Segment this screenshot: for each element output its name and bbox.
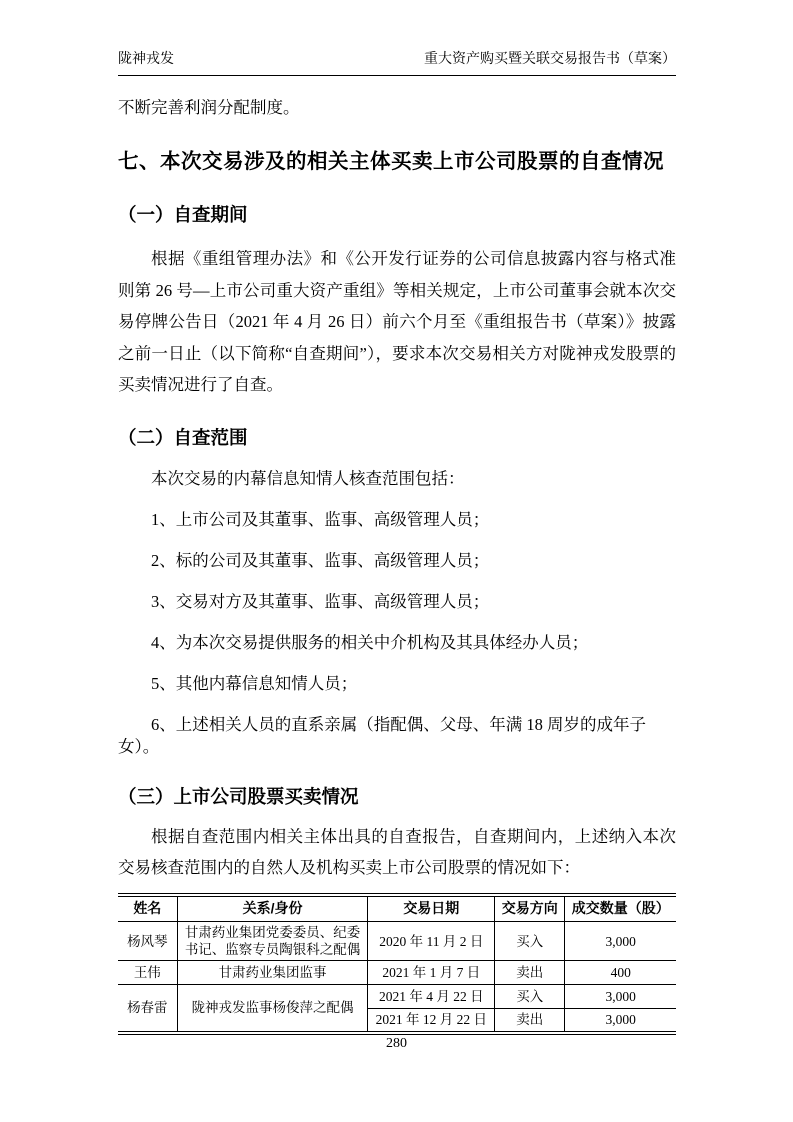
cell-name: 王伟: [118, 961, 177, 985]
cell-relation: 甘肃药业集团监事: [177, 961, 368, 985]
cell-direction: 买入: [495, 922, 565, 961]
col-header-volume: 成交数量（股）: [565, 895, 676, 922]
cell-relation: 甘肃药业集团党委委员、纪委书记、监察专员陶银科之配偶: [177, 922, 368, 961]
cell-direction: 卖出: [495, 1009, 565, 1033]
col-header-name: 姓名: [118, 895, 177, 922]
cell-volume: 3,000: [565, 922, 676, 961]
sec1-paragraph: 根据《重组管理办法》和《公开发行证券的公司信息披露内容与格式准则第 26 号—上…: [118, 243, 676, 401]
table-header-row: 姓名 关系/身份 交易日期 交易方向 成交数量（股）: [118, 895, 676, 922]
cell-direction: 卖出: [495, 961, 565, 985]
cell-direction: 买入: [495, 985, 565, 1009]
cell-name: 杨春雷: [118, 985, 177, 1033]
col-header-direction: 交易方向: [495, 895, 565, 922]
section-heading-7: 七、本次交易涉及的相关主体买卖上市公司股票的自查情况: [118, 148, 676, 176]
cell-relation: 陇神戎发监事杨俊萍之配偶: [177, 985, 368, 1033]
list-item-3: 3、交易对方及其董事、监事、高级管理人员；: [118, 591, 676, 613]
cell-name: 杨风琴: [118, 922, 177, 961]
col-header-date: 交易日期: [368, 895, 495, 922]
list-item-6: 6、上述相关人员的直系亲属（指配偶、父母、年满 18 周岁的成年子女）。: [118, 714, 676, 758]
cell-volume: 3,000: [565, 985, 676, 1009]
cell-volume: 400: [565, 961, 676, 985]
stock-trading-table: 姓名 关系/身份 交易日期 交易方向 成交数量（股） 杨风琴 甘肃药业集团党委委…: [118, 893, 676, 1035]
header-report-title: 重大资产购买暨关联交易报告书（草案）: [424, 50, 676, 70]
list-item-5: 5、其他内幕信息知情人员；: [118, 673, 676, 695]
intro-paragraph: 不断完善利润分配制度。: [118, 96, 676, 119]
subsection-heading-2: （二）自查范围: [118, 425, 676, 450]
cell-date: 2020 年 11 月 2 日: [368, 922, 495, 961]
cell-date: 2021 年 12 月 22 日: [368, 1009, 495, 1033]
list-item-1: 1、上市公司及其董事、监事、高级管理人员；: [118, 509, 676, 531]
header-company-name: 陇神戎发: [118, 50, 174, 70]
table-row: 杨春雷 陇神戎发监事杨俊萍之配偶 2021 年 4 月 22 日 买入 3,00…: [118, 985, 676, 1009]
page-number: 280: [0, 1036, 793, 1052]
table-row: 杨风琴 甘肃药业集团党委委员、纪委书记、监察专员陶银科之配偶 2020 年 11…: [118, 922, 676, 961]
document-page: 陇神戎发 重大资产购买暨关联交易报告书（草案） 不断完善利润分配制度。 七、本次…: [0, 0, 793, 1122]
list-item-4: 4、为本次交易提供服务的相关中介机构及其具体经办人员；: [118, 632, 676, 654]
cell-date: 2021 年 4 月 22 日: [368, 985, 495, 1009]
col-header-relation: 关系/身份: [177, 895, 368, 922]
sec2-lead: 本次交易的内幕信息知情人核查范围包括：: [118, 468, 676, 490]
subsection-heading-3: （三）上市公司股票买卖情况: [118, 784, 676, 809]
running-header: 陇神戎发 重大资产购买暨关联交易报告书（草案）: [118, 50, 676, 76]
cell-volume: 3,000: [565, 1009, 676, 1033]
cell-date: 2021 年 1 月 7 日: [368, 961, 495, 985]
list-item-2: 2、标的公司及其董事、监事、高级管理人员；: [118, 550, 676, 572]
sec3-paragraph: 根据自查范围内相关主体出具的自查报告，自查期间内，上述纳入本次交易核查范围内的自…: [118, 821, 676, 884]
subsection-heading-1: （一）自查期间: [118, 202, 676, 227]
table-row: 王伟 甘肃药业集团监事 2021 年 1 月 7 日 卖出 400: [118, 961, 676, 985]
